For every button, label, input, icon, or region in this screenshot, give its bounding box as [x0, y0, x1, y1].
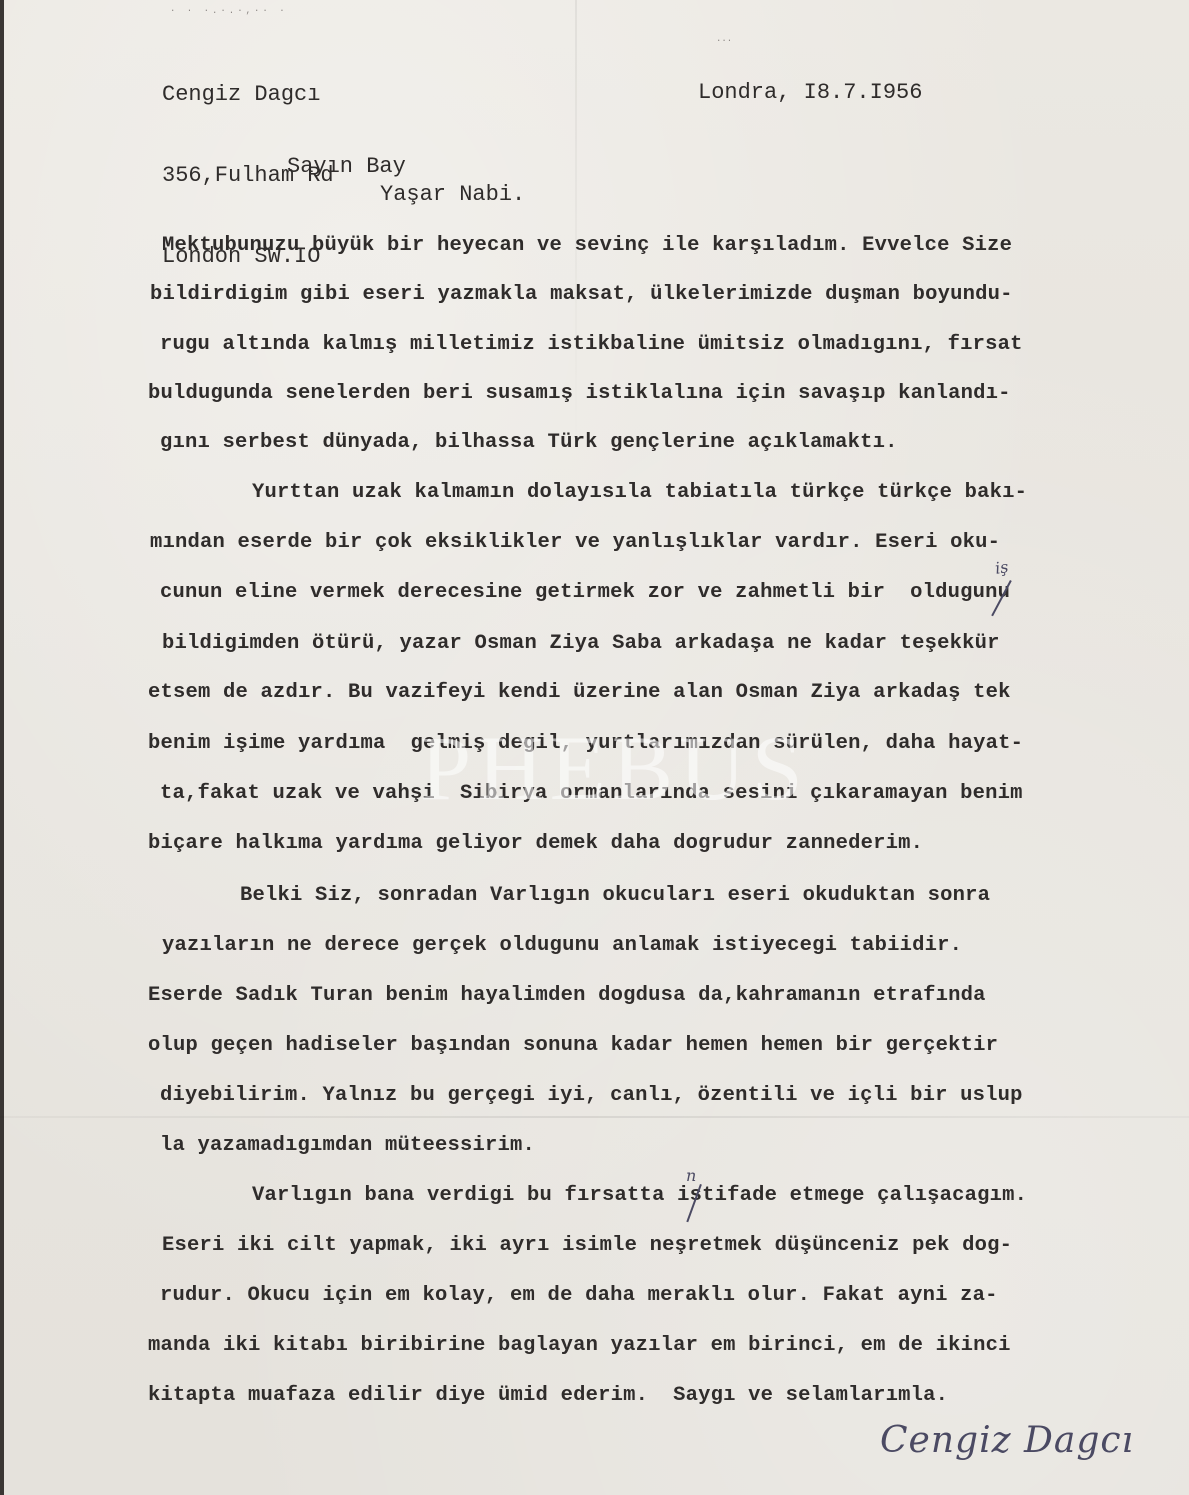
body-line: rugu altında kalmış milletimiz istikbali… — [160, 333, 1023, 356]
body-line: Mektubunuzu büyük bir heyecan ve sevinç … — [162, 234, 1012, 257]
salutation-line-2: Yaşar Nabi. — [380, 182, 525, 207]
body-line: buldugunda senelerden beri susamış istik… — [148, 382, 1011, 405]
body-line: rudur. Okucu için em kolay, em de daha m… — [160, 1284, 998, 1307]
body-line: Eserde Sadık Turan benim hayalimden dogd… — [148, 984, 986, 1007]
body-line: gını serbest dünyada, bilhassa Türk genç… — [160, 431, 898, 454]
body-line: kitapta muafaza edilir diye ümid ederim.… — [148, 1384, 948, 1407]
body-line: manda iki kitabı biribirine baglayan yaz… — [148, 1334, 1011, 1357]
body-line: cunun eline vermek derecesine getirmek z… — [160, 581, 1010, 604]
signature: Cengiz Dagcı — [880, 1420, 1134, 1461]
ink-smudge-top: · · ·.·.·,·· · — [170, 6, 288, 16]
body-line: yazıların ne derece gerçek oldugunu anla… — [162, 934, 962, 957]
body-line: benim işime yardıma gelmiş degil, yurtla… — [148, 732, 1023, 755]
handwritten-insert-is: iş — [994, 557, 1010, 578]
body-line: Eseri iki cilt yapmak, iki ayrı isimle n… — [162, 1234, 1012, 1257]
handwritten-insert-n: n — [686, 1166, 696, 1185]
body-line: ta,fakat uzak ve vahşi Sibirya ormanları… — [160, 782, 1023, 805]
body-line: mından eserde bir çok eksiklikler ve yan… — [150, 531, 1000, 554]
body-line: Varlıgın bana verdigi bu fırsatta istifa… — [252, 1184, 1027, 1207]
scan-edge — [0, 0, 4, 1495]
body-line: biçare halkıma yardıma geliyor demek dah… — [148, 832, 923, 855]
body-line: bildirdigim gibi eseri yazmakla maksat, … — [150, 283, 1013, 306]
salutation-line-1: Sayın Bay — [287, 154, 406, 179]
body-line: Belki Siz, sonradan Varlıgın okucuları e… — [240, 884, 990, 907]
body-line: la yazamadıgımdan müteessirim. — [160, 1134, 535, 1157]
body-line: bildigimden ötürü, yazar Osman Ziya Saba… — [162, 632, 1000, 655]
letter-sheet: · · ·.·.·,·· · ··· Cengiz Dagcı 356,Fulh… — [0, 0, 1189, 1495]
date-line: Londra, I8.7.I956 — [698, 80, 922, 105]
sender-name: Cengiz Dagcı — [162, 81, 334, 108]
body-line: etsem de azdır. Bu vazifeyi kendi üzerin… — [148, 681, 1011, 704]
body-line: olup geçen hadiseler başından sonuna kad… — [148, 1034, 998, 1057]
body-line: Yurttan uzak kalmamın dolayısıla tabiatı… — [252, 481, 1027, 504]
fold-line-horizontal — [0, 1116, 1189, 1118]
ink-smudge-dots: ··· — [716, 36, 732, 46]
body-line: diyebilirim. Yalnız bu gerçegi iyi, canl… — [160, 1084, 1023, 1107]
watermark: PHEBUS — [420, 715, 809, 821]
